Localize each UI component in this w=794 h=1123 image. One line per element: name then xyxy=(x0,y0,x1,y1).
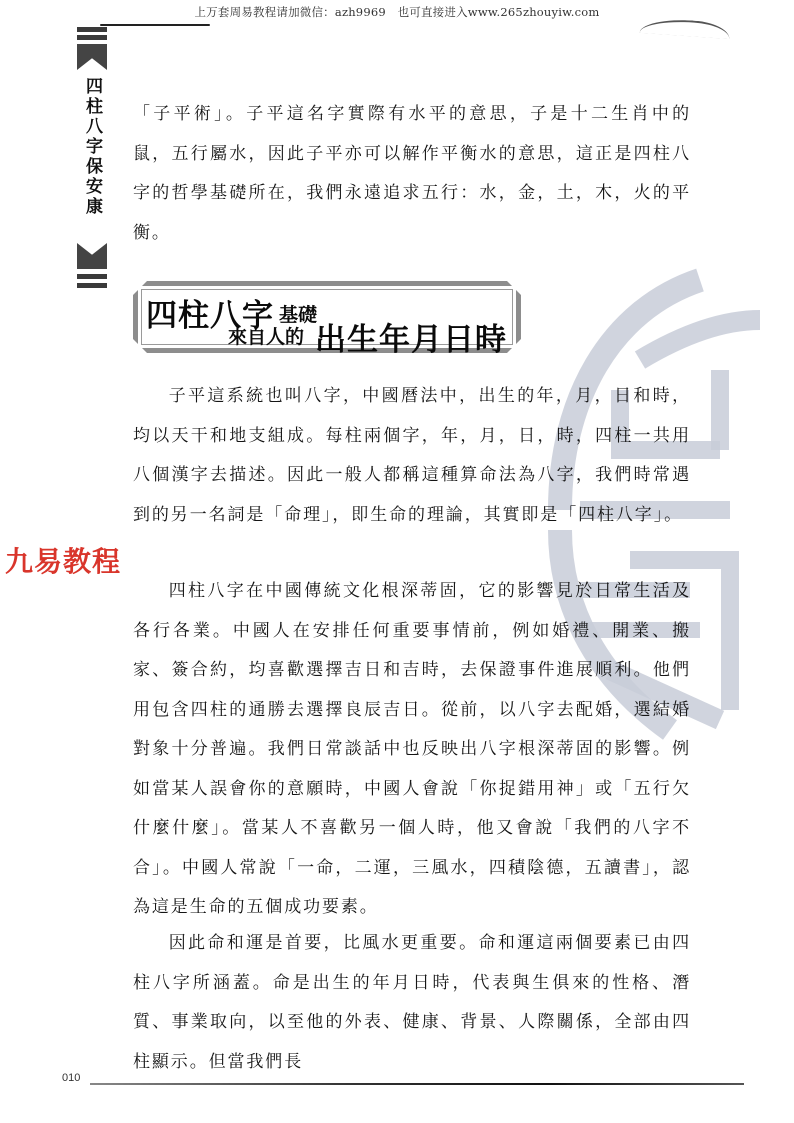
page-number: 010 xyxy=(62,1072,80,1084)
ribbon-bar-icon xyxy=(77,274,107,279)
side-ribbon: 四柱八字保安康 xyxy=(77,27,107,295)
watermark-stamp: 九易教程 xyxy=(5,540,121,580)
paragraph: 四柱八字在中國傳統文化根深蒂固，它的影響見於日常生活及各行各業。中國人在安排任何… xyxy=(133,572,691,928)
section-heading-banner: 四柱八字 基礎 來自人的 出生年月日時 xyxy=(133,281,521,353)
ribbon-bar-icon xyxy=(77,283,107,288)
heading-large-line2: 出生年月日時 xyxy=(315,314,507,359)
side-ribbon-title: 四柱八字保安康 xyxy=(77,77,107,217)
heading-small-line2: 來自人的 xyxy=(228,322,304,349)
ribbon-bar-icon xyxy=(77,35,107,40)
ribbon-chevron-icon xyxy=(77,243,107,269)
paragraph: 「子平術」。子平這名字實際有水平的意思，子是十二生肖中的鼠，五行屬水，因此子平亦… xyxy=(133,95,691,253)
header-watermark: 上万套周易教程请加微信：azh9969 也可直接进入www.265zhouyiw… xyxy=(0,4,794,20)
paragraph: 子平這系統也叫八字，中國曆法中，出生的年，月，日和時，均以天干和地支組成。每柱兩… xyxy=(133,377,691,535)
header-rule xyxy=(100,24,210,26)
ribbon-bar-icon xyxy=(77,27,107,32)
paragraph: 因此命和運是首要，比風水更重要。命和運這兩個要素已由四柱八字所涵蓋。命是出生的年… xyxy=(133,924,691,1082)
header-curve-decoration xyxy=(640,17,731,39)
footer-rule xyxy=(90,1083,744,1085)
ribbon-chevron-icon xyxy=(77,44,107,70)
